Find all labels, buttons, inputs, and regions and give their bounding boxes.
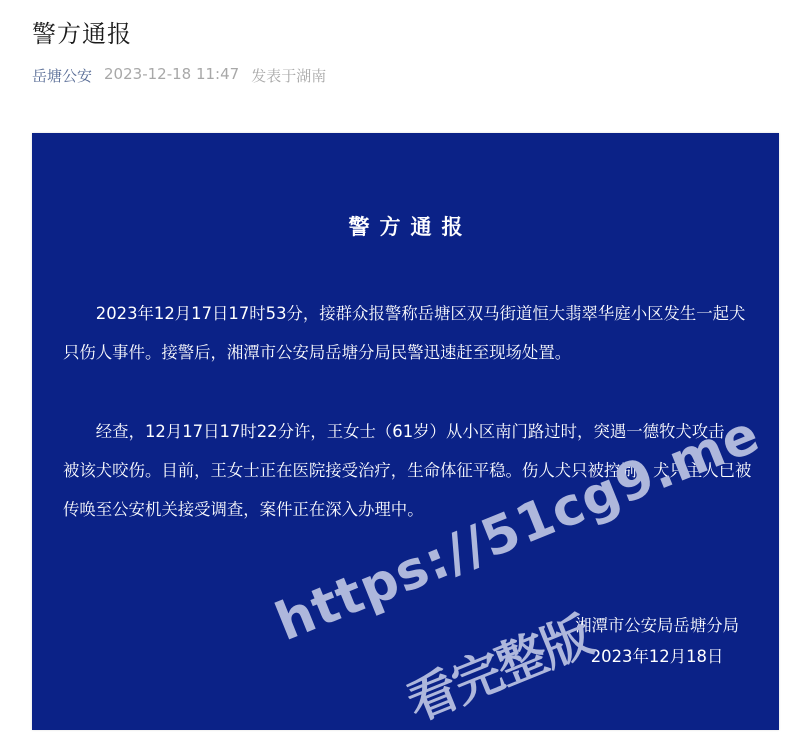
article-meta: 岳塘公安 2023-12-18 11:47 发表于湖南 — [32, 65, 326, 86]
article-title: 警方通报 — [32, 14, 132, 49]
notice-image[interactable]: 警方通报 2023年12月17日17时53分，接群众报警称岳塘区双马街道恒大翡翠… — [32, 133, 779, 730]
author-link[interactable]: 岳塘公安 — [32, 65, 92, 86]
publish-time: 2023-12-18 11:47 — [104, 65, 239, 86]
signature-issuer: 湘潭市公安局岳塘分局 — [575, 610, 739, 641]
notice-signature: 湘潭市公安局岳塘分局 2023年12月18日 — [575, 610, 739, 672]
notice-heading: 警方通报 — [32, 211, 779, 241]
notice-paragraph: 经查，12月17日17时22分许，王女士（61岁）从小区南门路过时，突遇一德牧犬… — [63, 412, 753, 529]
publish-location: 发表于湖南 — [251, 65, 326, 86]
notice-paragraph: 2023年12月17日17时53分，接群众报警称岳塘区双马街道恒大翡翠华庭小区发… — [63, 294, 753, 372]
watermark-cta: 看完整版 — [395, 596, 600, 730]
signature-date: 2023年12月18日 — [575, 641, 739, 672]
